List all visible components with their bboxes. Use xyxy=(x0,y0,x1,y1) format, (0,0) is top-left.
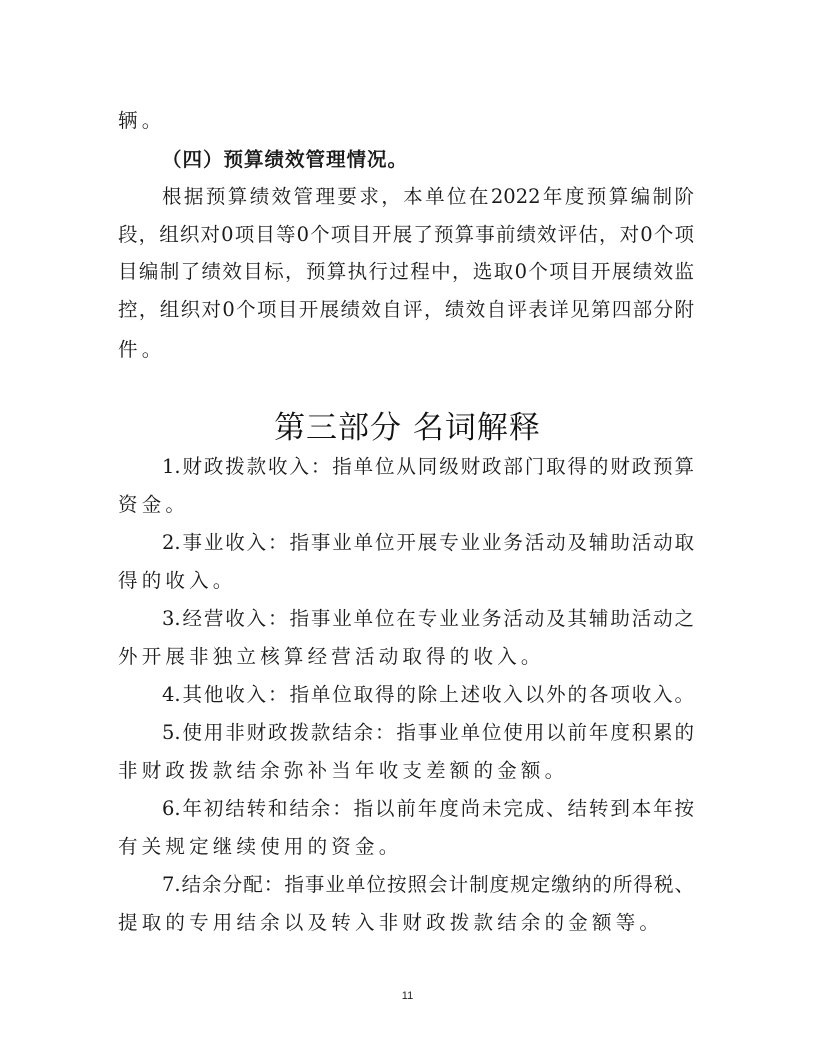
definition-item-continued: 资金。 xyxy=(118,492,694,518)
definition-item-continued: 得的收入。 xyxy=(118,568,694,594)
definition-item: 6.年初结转和结余：指以前年度尚未完成、结转到本年按 xyxy=(162,796,694,822)
definition-item-continued: 提取的专用结余以及转入非财政拨款结余的金额等。 xyxy=(118,910,694,936)
definition-item: 4.其他收入：指单位取得的除上述收入以外的各项收入。 xyxy=(162,682,694,708)
page-number: 11 xyxy=(0,990,815,1002)
continued-text-line: 辆。 xyxy=(118,108,694,134)
definition-item-continued: 外开展非独立核算经营活动取得的收入。 xyxy=(118,644,694,670)
definition-item: 3.经营收入：指事业单位在专业业务活动及其辅助活动之 xyxy=(162,606,694,632)
paragraph-line: 件。 xyxy=(118,337,694,363)
definition-item: 1.财政拨款收入：指单位从同级财政部门取得的财政预算 xyxy=(162,454,694,480)
section-heading: （四）预算绩效管理情况。 xyxy=(162,147,694,173)
paragraph-line: 段，组织对0项目等0个项目开展了预算事前绩效评估，对0个项 xyxy=(118,222,694,248)
definition-item: 2.事业收入：指事业单位开展专业业务活动及辅助活动取 xyxy=(162,530,694,556)
part-title: 第三部分 名词解释 xyxy=(0,408,815,448)
paragraph-line: 根据预算绩效管理要求，本单位在2022年度预算编制阶 xyxy=(162,184,694,210)
definition-item: 7.结余分配：指事业单位按照会计制度规定缴纳的所得税、 xyxy=(162,872,694,898)
paragraph-line: 控，组织对0个项目开展绩效自评，绩效自评表详见第四部分附 xyxy=(118,297,694,323)
paragraph-line: 目编制了绩效目标，预算执行过程中，选取0个项目开展绩效监 xyxy=(118,259,694,285)
definition-item-continued: 非财政拨款结余弥补当年收支差额的金额。 xyxy=(118,758,694,784)
definition-item: 5.使用非财政拨款结余：指事业单位使用以前年度积累的 xyxy=(162,720,694,746)
document-page: 辆。 （四）预算绩效管理情况。 根据预算绩效管理要求，本单位在2022年度预算编… xyxy=(0,0,815,1055)
definition-item-continued: 有关规定继续使用的资金。 xyxy=(118,834,694,860)
